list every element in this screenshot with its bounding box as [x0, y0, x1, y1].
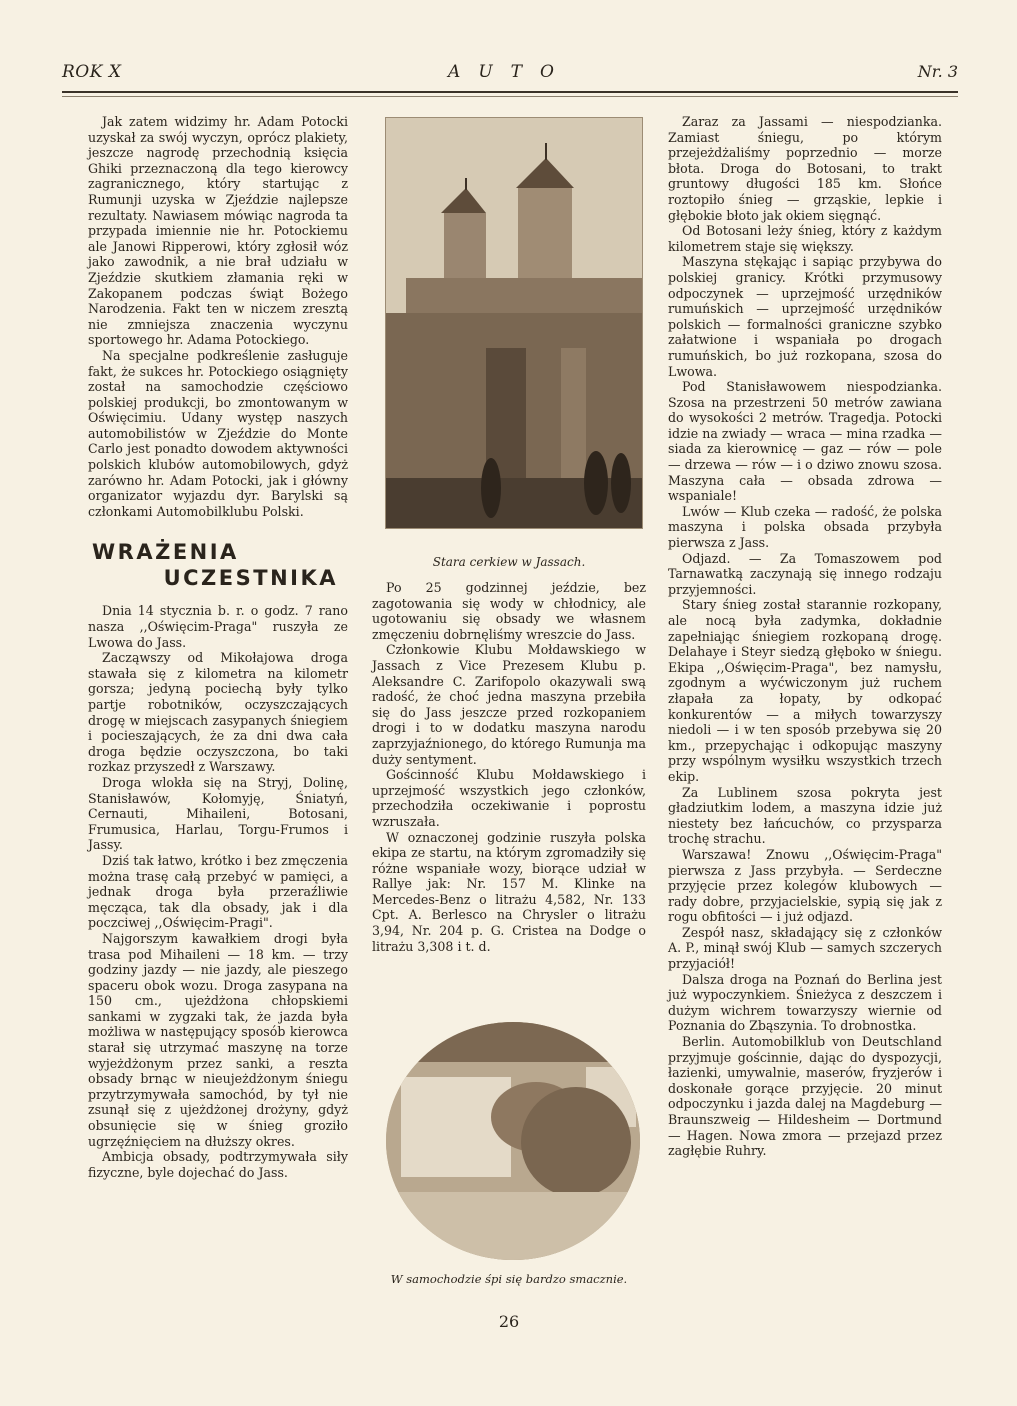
car-interior-photo-caption: W samochodzie śpi się bardzo smacznie. [372, 1272, 646, 1286]
paragraph: Ambicja obsady, podtrzymywała siły fizyc… [88, 1149, 348, 1180]
paragraph: Berlin. Automobilklub von Deutschland pr… [668, 1034, 942, 1159]
header-rule-thin [62, 96, 958, 97]
paragraph: Lwów — Klub czeka — radość, że polska ma… [668, 504, 942, 551]
section-title-line2: UCZESTNIKA [88, 565, 348, 591]
header-magazine-title: AUTO [62, 62, 958, 82]
paragraph: Pod Stanisławowem niespodzianka. Szosa n… [668, 379, 942, 504]
paragraph: Zaraz za Jassami — niespodzianka. Zamias… [668, 114, 942, 223]
paragraph: Odjazd. — Za Tomaszowem pod Tarnawatką z… [668, 551, 942, 598]
header-issue-number: Nr. 3 [918, 62, 958, 81]
car-interior-photo [386, 1022, 640, 1260]
paragraph: Od Botosani leży śnieg, który z każdym k… [668, 223, 942, 254]
column-left: Jak zatem widzimy hr. Adam Potocki uzysk… [88, 114, 348, 1180]
column-right: Zaraz za Jassami — niespodzianka. Zamias… [668, 114, 942, 1159]
running-header: ROK X AUTO Nr. 3 [62, 58, 958, 88]
paragraph: Zacząwszy od Mikołajowa droga stawała si… [88, 650, 348, 775]
paragraph: Dziś tak łatwo, krótko i bez zmęczenia m… [88, 853, 348, 931]
page-number: 26 [372, 1312, 646, 1331]
paragraph: Jak zatem widzimy hr. Adam Potocki uzysk… [88, 114, 348, 348]
paragraph: Na specjalne podkreślenie zasługuje fakt… [88, 348, 348, 520]
column-middle: Po 25 godzinnej jeździe, bez zagotowania… [372, 580, 646, 954]
header-rule-thick [62, 91, 958, 93]
paragraph: Droga wlokła się na Stryj, Dolinę, Stani… [88, 775, 348, 853]
paragraph: Najgorszym kawałkiem drogi była trasa po… [88, 931, 348, 1149]
sleeping-passenger-illustration-icon [386, 1022, 640, 1260]
church-photo [385, 117, 643, 529]
section-title-line1: WRAŻENIA [88, 539, 348, 565]
paragraph: Maszyna stękając i sapiąc przybywa do po… [668, 254, 942, 379]
church-photo-caption: Stara cerkiew w Jassach. [372, 555, 646, 569]
paragraph: Dalsza droga na Poznań do Berlina jest j… [668, 972, 942, 1034]
section-title: WRAŻENIA UCZESTNIKA [88, 539, 348, 591]
paragraph: Po 25 godzinnej jeździe, bez zagotowania… [372, 580, 646, 642]
church-illustration-icon [386, 118, 642, 528]
paragraph: Za Lublinem szosa pokryta jest gładziutk… [668, 785, 942, 847]
paragraph: Stary śnieg został starannie rozkopany, … [668, 597, 942, 784]
paragraph: Zespół nasz, składający się z członków A… [668, 925, 942, 972]
paragraph: Członkowie Klubu Mołdawskiego w Jassach … [372, 642, 646, 767]
paragraph: Warszawa! Znowu ,,Oświęcim-Praga" pierws… [668, 847, 942, 925]
paragraph: Gościnność Klubu Mołdawskiego i uprzejmo… [372, 767, 646, 829]
paragraph: W oznaczonej godzinie ruszyła polska eki… [372, 830, 646, 955]
paragraph: Dnia 14 stycznia b. r. o godz. 7 rano na… [88, 603, 348, 650]
